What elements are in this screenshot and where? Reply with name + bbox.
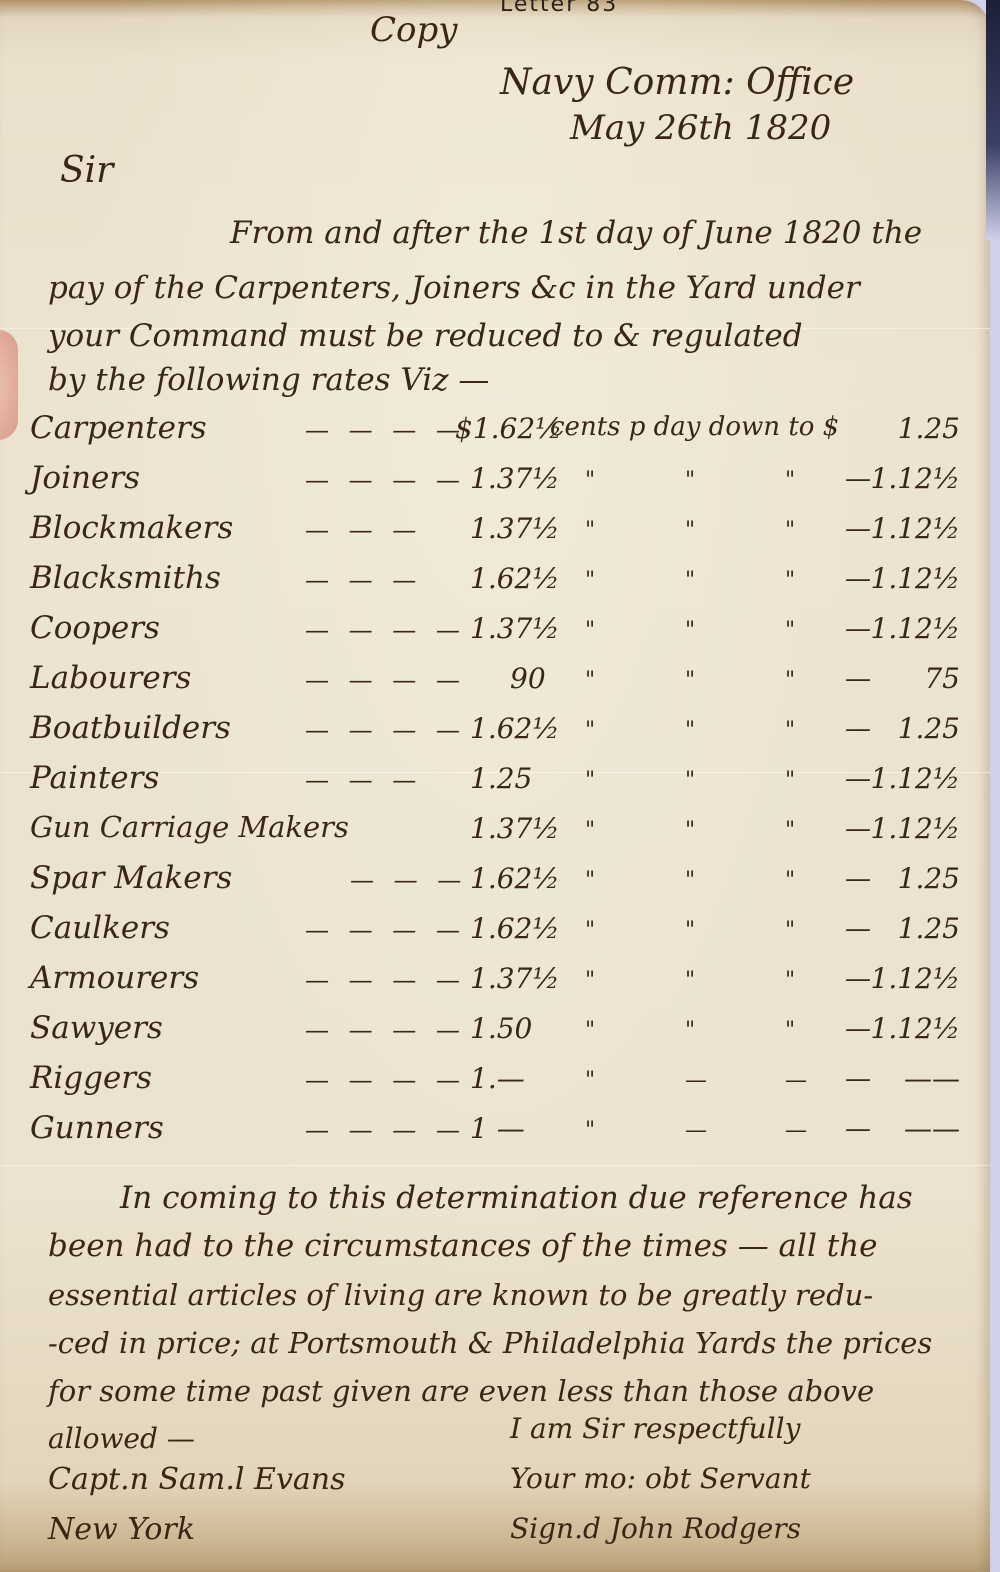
blank-dash: — <box>785 1118 807 1143</box>
separator-dash: — <box>845 714 871 744</box>
leader-dashes: — — — <box>305 766 422 794</box>
trade-name: Joiners <box>30 460 140 496</box>
separator-dash: — <box>845 564 871 594</box>
rate-row: Carpenters — — — — $1.62½ cents p day do… <box>30 408 980 458</box>
rate-from: 1.25 <box>470 762 532 795</box>
rate-row: Boatbuilders — — — — 1.62½ " " " — 1.25 <box>30 708 980 758</box>
ditto-mark: " <box>685 568 695 593</box>
ditto-mark: " <box>585 618 595 643</box>
leader-dashes: — — — — <box>305 1116 466 1144</box>
ditto-mark: " <box>785 968 795 993</box>
trade-name: Caulkers <box>30 910 170 946</box>
rate-to: —— <box>904 1112 960 1145</box>
closing-line: Your mo: obt Servant <box>510 1462 811 1495</box>
separator-dash: — <box>845 1064 871 1094</box>
trade-name: Riggers <box>30 1060 152 1096</box>
ditto-mark: " <box>585 1118 595 1143</box>
ditto-mark: " <box>585 918 595 943</box>
ditto-mark: " <box>785 468 795 493</box>
rate-to: 1.12½ <box>871 1012 960 1045</box>
rate-from: 1.62½ <box>470 862 559 895</box>
leader-dashes: — — — — <box>305 416 466 444</box>
separator-dash: — <box>845 1014 871 1044</box>
separator-dash: — <box>845 664 871 694</box>
trade-name: Sawyers <box>30 1010 163 1046</box>
intro-line: From and after the 1st day of June 1820 … <box>230 215 922 251</box>
ditto-mark: " <box>585 718 595 743</box>
rate-row: Riggers — — — — 1.— " — — — —— <box>30 1058 980 1108</box>
rate-to: 1.12½ <box>871 962 960 995</box>
rate-row: Coopers — — — — 1.37½ " " " — 1.12½ <box>30 608 980 658</box>
trade-name: Painters <box>30 760 159 796</box>
body-line: allowed — <box>48 1422 195 1455</box>
ditto-mark: " <box>685 718 695 743</box>
body-line: been had to the circumstances of the tim… <box>48 1228 877 1264</box>
ditto-mark: " <box>785 518 795 543</box>
rate-from: 1.50 <box>470 1012 532 1045</box>
ditto-mark: " <box>685 768 695 793</box>
trade-name: Gunners <box>30 1110 164 1146</box>
trade-name: Labourers <box>30 660 191 696</box>
blank-dash: — <box>685 1118 707 1143</box>
ditto-mark: " <box>685 468 695 493</box>
ditto-mark: " <box>685 868 695 893</box>
rate-to: 1.12½ <box>871 562 960 595</box>
body-line: In coming to this determination due refe… <box>120 1180 913 1216</box>
rate-to: 1.12½ <box>871 512 960 545</box>
ditto-mark: " <box>585 818 595 843</box>
separator-dash: — <box>845 964 871 994</box>
trade-name: Armourers <box>30 960 199 996</box>
separator-dash: — <box>845 814 871 844</box>
rate-to: 1.25 <box>898 912 960 945</box>
rate-from: 1.37½ <box>470 962 559 995</box>
rate-from: 1 — <box>470 1112 525 1145</box>
body-line: essential articles of living are known t… <box>48 1278 873 1312</box>
ditto-mark: " <box>585 868 595 893</box>
rate-to: 1.12½ <box>871 812 960 845</box>
leader-dashes: — — — — <box>305 716 466 744</box>
body-line: for some time past given are even less t… <box>48 1374 874 1408</box>
blank-dash: — <box>685 1068 707 1093</box>
rate-to: 1.25 <box>898 862 960 895</box>
trade-name: Blockmakers <box>30 510 233 546</box>
separator-dash: — <box>845 464 871 494</box>
page-top-label: Letter 83 <box>500 0 618 17</box>
rate-from: 1.62½ <box>470 912 559 945</box>
rate-to: 75 <box>924 662 960 695</box>
ditto-mark: " <box>685 818 695 843</box>
addressee-name: Capt.n Sam.l Evans <box>48 1462 346 1497</box>
rate-row: Gun Carriage Makers 1.37½ " " " — 1.12½ <box>30 808 980 858</box>
rate-from: $1.62½ <box>455 412 562 445</box>
ditto-mark: " <box>785 718 795 743</box>
ditto-mark: " <box>685 668 695 693</box>
rate-row: Painters — — — 1.25 " " " — 1.12½ <box>30 758 980 808</box>
rate-note: cents p day down to $ <box>550 412 839 442</box>
leader-dashes: — — — — <box>305 1066 466 1094</box>
ditto-mark: " <box>685 918 695 943</box>
intro-line: by the following rates Viz — <box>48 362 489 398</box>
copy-mark: Copy <box>370 10 457 50</box>
ditto-mark: " <box>785 1018 795 1043</box>
ditto-mark: " <box>785 668 795 693</box>
rate-from: 90 <box>510 662 546 695</box>
separator-dash: — <box>845 914 871 944</box>
ditto-mark: " <box>585 968 595 993</box>
leader-dashes: — — — — <box>305 966 466 994</box>
ditto-mark: " <box>585 1068 595 1093</box>
leader-dashes: — — — — <box>305 666 466 694</box>
rate-row: Spar Makers — — — 1.62½ " " " — 1.25 <box>30 858 980 908</box>
body-line: -ced in price; at Portsmouth & Philadelp… <box>48 1326 932 1360</box>
intro-line: pay of the Carpenters, Joiners &c in the… <box>48 270 860 306</box>
rate-to: 1.12½ <box>871 462 960 495</box>
rate-row: Blockmakers — — — 1.37½ " " " — 1.12½ <box>30 508 980 558</box>
rate-from: 1.37½ <box>470 812 559 845</box>
rate-row: Gunners — — — — 1 — " — — — —— <box>30 1108 980 1158</box>
rate-from: 1.37½ <box>470 462 559 495</box>
leader-dashes: — — — — <box>305 616 466 644</box>
intro-line: your Command must be reduced to & regula… <box>48 318 803 354</box>
ditto-mark: " <box>685 618 695 643</box>
ditto-mark: " <box>785 618 795 643</box>
holding-thumb <box>0 330 18 440</box>
rate-row: Sawyers — — — — 1.50 " " " — 1.12½ <box>30 1008 980 1058</box>
letter-page: Letter 83 Copy Navy Comm: Office May 26t… <box>0 0 990 1572</box>
salutation: Sir <box>60 150 113 191</box>
trade-name: Coopers <box>30 610 160 646</box>
ditto-mark: " <box>585 1018 595 1043</box>
ditto-mark: " <box>785 568 795 593</box>
blank-dash: — <box>785 1068 807 1093</box>
trade-name: Carpenters <box>30 410 207 446</box>
ditto-mark: " <box>785 918 795 943</box>
letter-date: May 26th 1820 <box>570 108 831 148</box>
leader-dashes: — — — — <box>305 466 466 494</box>
rate-to: 1.12½ <box>871 612 960 645</box>
office-heading: Navy Comm: Office <box>500 62 854 103</box>
rate-to: 1.25 <box>898 712 960 745</box>
trade-name: Blacksmiths <box>30 560 221 596</box>
wage-rates-table: Carpenters — — — — $1.62½ cents p day do… <box>30 408 980 1158</box>
trade-name: Gun Carriage Makers <box>30 810 349 844</box>
ditto-mark: " <box>685 968 695 993</box>
rate-from: 1.37½ <box>470 612 559 645</box>
addressee-location: New York <box>48 1512 195 1547</box>
ditto-mark: " <box>585 468 595 493</box>
rate-to: 1.25 <box>898 412 960 445</box>
ditto-mark: " <box>685 518 695 543</box>
rate-from: 1.— <box>470 1062 525 1095</box>
rate-row: Armourers — — — — 1.37½ " " " — 1.12½ <box>30 958 980 1008</box>
separator-dash: — <box>845 614 871 644</box>
ditto-mark: " <box>585 768 595 793</box>
signature: Sign.d John Rodgers <box>510 1512 801 1545</box>
rate-from: 1.37½ <box>470 512 559 545</box>
rate-row: Joiners — — — — 1.37½ " " " — 1.12½ <box>30 458 980 508</box>
ditto-mark: " <box>785 768 795 793</box>
rate-to: —— <box>904 1062 960 1095</box>
leader-dashes: — — — <box>305 566 422 594</box>
ditto-mark: " <box>585 668 595 693</box>
trade-name: Boatbuilders <box>30 710 231 746</box>
rate-row: Labourers — — — — 90 " " " — 75 <box>30 658 980 708</box>
background-edge <box>986 0 1000 240</box>
separator-dash: — <box>845 764 871 794</box>
leader-dashes: — — — <box>350 866 467 894</box>
rate-from: 1.62½ <box>470 712 559 745</box>
paper-fold-line <box>0 1165 990 1166</box>
ditto-mark: " <box>585 568 595 593</box>
separator-dash: — <box>845 1114 871 1144</box>
rate-row: Caulkers — — — — 1.62½ " " " — 1.25 <box>30 908 980 958</box>
ditto-mark: " <box>785 868 795 893</box>
leader-dashes: — — — — <box>305 916 466 944</box>
closing-line: I am Sir respectfully <box>510 1412 800 1445</box>
ditto-mark: " <box>785 818 795 843</box>
ditto-mark: " <box>585 518 595 543</box>
separator-dash: — <box>845 514 871 544</box>
separator-dash: — <box>845 864 871 894</box>
trade-name: Spar Makers <box>30 860 232 896</box>
leader-dashes: — — — — <box>305 1016 466 1044</box>
rate-from: 1.62½ <box>470 562 559 595</box>
ditto-mark: " <box>685 1018 695 1043</box>
leader-dashes: — — — <box>305 516 422 544</box>
rate-row: Blacksmiths — — — 1.62½ " " " — 1.12½ <box>30 558 980 608</box>
rate-to: 1.12½ <box>871 762 960 795</box>
